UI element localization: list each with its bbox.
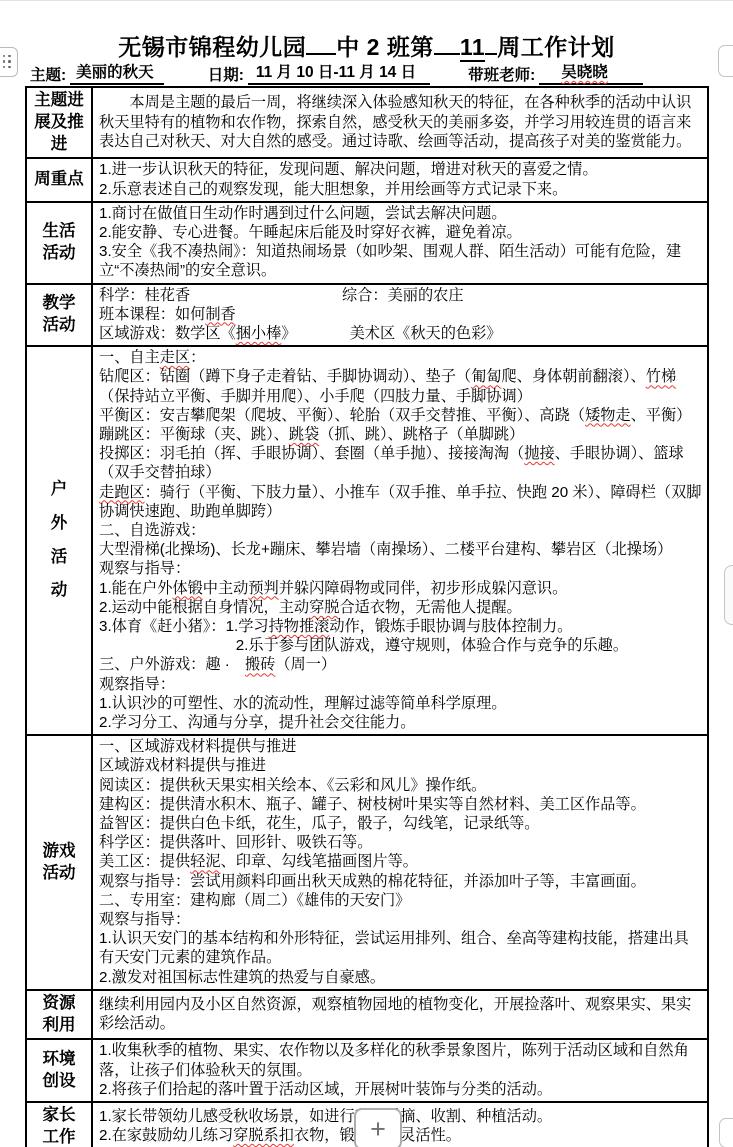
spellcheck-squiggle-text: 持物推滚 — [269, 618, 330, 635]
spellcheck-squiggle-text: 走跑区 — [99, 484, 145, 501]
text-line: 钻爬区：钻圈（蹲下身子走着钻、手脚协调动）、垫子（匍匐爬、身体朝前翻滚）、竹梯（… — [99, 367, 702, 405]
spellcheck-squiggle-text: 捆小棒 — [236, 325, 282, 342]
text-line: 观察与指导： — [99, 910, 702, 929]
text-line: 2.激发对祖国标志性建筑的热爱与自豪感。 — [99, 968, 702, 987]
text-line: 3.体育《赶小猪》：1.学习持物推滚动作，锻炼手眼协调与肢体控制力。 — [99, 617, 702, 636]
table-row: 环境创设1.收集秋季的植物、果实、农作物以及多样化的秋季景象图片，陈列于活动区域… — [26, 1039, 708, 1102]
text-line: 2.乐意表述自己的观察发现，能大胆想象，并用绘画等方式记录下来。 — [99, 180, 702, 199]
spellcheck-squiggle-text: 预判 — [248, 580, 278, 597]
text-line: 2.运动中能根据自身情况，主动穿脱合适衣物，无需他人提醒。 — [99, 598, 702, 617]
plan-table: 主题进展及推进 本周是主题的最后一周，将继续深入体验感知秋天的特征，在各种秋季的… — [25, 86, 709, 1147]
text-line: 1.能在户外体锻中主动预判并躲闪障碍物或同伴，初步形成躲闪意识。 — [99, 579, 702, 598]
date-field: 日期: 11 月 10 日-11 月 14 日 — [208, 60, 430, 85]
section-label: 环境创设 — [26, 1039, 92, 1102]
table-row: 教学活动科学：桂花香 综合：美丽的农庄班本课程：如何制香区域游戏：数学区《捆小棒… — [26, 284, 708, 347]
section-content: 一、自主走区：钻爬区：钻圈（蹲下身子走着钻、手脚协调动）、垫子（匍匐爬、身体朝前… — [92, 346, 708, 735]
spellcheck-squiggle-text: 跳袋 — [289, 426, 319, 443]
text-line: 走跑区：骑行（平衡、下肢力量）、小推车（双手推、单手拉、快跑 20 米）、障碍栏… — [99, 483, 702, 521]
teacher-field: 带班老师: 吴晓晓 — [468, 60, 643, 85]
section-label: 户外活动 — [26, 346, 92, 735]
section-label: 生活活动 — [26, 202, 92, 284]
text-line: 2.将孩子们拾起的落叶置于活动区域，开展树叶装饰与分类的活动。 — [99, 1080, 702, 1099]
text-line: 益智区：提供白色卡纸，花生，瓜子，骰子，勾线笔，记录纸等。 — [99, 814, 702, 833]
spellcheck-squiggle-text: 搬砖 — [245, 656, 275, 673]
text-line: 大型滑梯(北操场)、长龙+蹦床、攀岩墙（南操场）、二楼平台建构、攀岩区（北操场） — [99, 540, 702, 559]
spellcheck-squiggle-text: 穿脱 — [309, 599, 339, 616]
section-content: 1.进一步认识秋天的特征，发现问题、解决问题，增进对秋天的喜爱之情。2.乐意表述… — [92, 158, 708, 201]
teacher-label: 带班老师: — [468, 63, 535, 85]
text-line: 投掷区：羽毛拍（挥、手眼协调）、套圈（单手抛）、接接淘淘（抛接、手眼协调）、篮球… — [99, 444, 702, 482]
text-line: 二、专用室：建构廊（周二）《雄伟的天安门》 — [99, 891, 702, 910]
spellcheck-squiggle-text: 体锻 — [172, 580, 202, 597]
scroll-indicator[interactable] — [724, 565, 733, 625]
theme-field: 主题: 美丽的秋天 — [30, 60, 164, 85]
section-content: 1.收集秋季的植物、果实、农作物以及多样化的秋季景象图片，陈列于活动区域和自然角… — [92, 1039, 708, 1102]
top-divider — [0, 0, 733, 1]
spellcheck-squiggle-text: 匍匐 — [471, 368, 501, 385]
theme-value: 美丽的秋天 — [70, 60, 164, 85]
text-line: 区域游戏：数学区《捆小棒》 美术区《秋天的色彩》 — [99, 324, 702, 343]
text-line: 班本课程：如何制香 — [99, 305, 702, 324]
text-line: 建构区：提供清水积木、瓶子、罐子、树枝树叶果实等自然材料、美工区作品等。 — [99, 795, 702, 814]
table-row: 游戏活动一、区域游戏材料提供与推进区域游戏材料提供与推进阅读区：提供秋天果实相关… — [26, 735, 708, 990]
text-line: 1.进一步认识秋天的特征，发现问题、解决问题，增进对秋天的喜爱之情。 — [99, 160, 702, 179]
document-header: 主题: 美丽的秋天 日期: 11 月 10 日-11 月 14 日 带班老师: … — [30, 60, 720, 85]
text-line: 三、户外游戏：趣 · 搬砖（周一） — [99, 655, 702, 674]
text-line: 科学：桂花香 综合：美丽的农庄 — [99, 286, 702, 305]
section-label: 周重点 — [26, 158, 92, 201]
title-school: 无锡市锦程幼儿园 — [118, 34, 306, 60]
text-line: 观察与指导：尝试用颜料印画出秋天成熟的棉花特征，并添加叶子等，丰富画面。 — [99, 872, 702, 891]
text-line: 继续利用园内及小区自然资源，观察植物园地的植物变化，开展捡落叶、观察果实、果实彩… — [99, 995, 702, 1033]
section-content: 1.商讨在做值日生动作时遇到过什么问题，尝试去解决问题。2.能安静、专心进餐。午… — [92, 202, 708, 284]
text-line: 本周是主题的最后一周，将继续深入体验感知秋天的特征，在各种秋季的活动中认识秋天里… — [99, 93, 702, 151]
section-content: 继续利用园内及小区自然资源，观察植物园地的植物变化，开展捡落叶、观察果实、果实彩… — [92, 990, 708, 1040]
spellcheck-squiggle-text: 穿脱系扣 — [233, 1127, 294, 1144]
spellcheck-squiggle-text: 轻泥 — [190, 853, 220, 870]
table-row: 资源利用继续利用园内及小区自然资源，观察植物园地的植物变化，开展捡落叶、观察果实… — [26, 990, 708, 1040]
section-label: 资源利用 — [26, 990, 92, 1040]
date-value: 11 月 10 日-11 月 14 日 — [248, 60, 430, 85]
text-line: 一、自主走区： — [99, 348, 702, 367]
text-line: 2.学习分工、沟通与分享，提升社会交往能力。 — [99, 713, 702, 732]
text-line: 1.收集秋季的植物、果实、农作物以及多样化的秋季景象图片，陈列于活动区域和自然角… — [99, 1041, 702, 1079]
section-label: 游戏活动 — [26, 735, 92, 990]
text-line: 观察指导： — [99, 675, 702, 694]
spellcheck-squiggle-text: 矮物走 — [585, 407, 631, 424]
text-line: 区域游戏材料提供与推进 — [99, 756, 702, 775]
section-content: 科学：桂花香 综合：美丽的农庄班本课程：如何制香区域游戏：数学区《捆小棒》 美术… — [92, 284, 708, 347]
title-underline-gap — [306, 33, 336, 55]
text-line: 平衡区：安吉攀爬架（爬坡、平衡）、轮胎（双手交替推、平衡）、高跷（矮物走、平衡） — [99, 406, 702, 425]
table-row: 周重点1.进一步认识秋天的特征，发现问题、解决问题，增进对秋天的喜爱之情。2.乐… — [26, 158, 708, 201]
plan-table-body: 主题进展及推进 本周是主题的最后一周，将继续深入体验感知秋天的特征，在各种秋季的… — [26, 87, 708, 1147]
text-line: 1.认识天安门的基本结构和外形特征，尝试运用排列、组合、垒高等建构技能，搭建出具… — [99, 929, 702, 967]
table-row: 户外活动一、自主走区：钻爬区：钻圈（蹲下身子走着钻、手脚协调动）、垫子（匍匐爬、… — [26, 346, 708, 735]
spellcheck-squiggle-text: 制香 — [205, 306, 235, 323]
text-line: 美工区：提供轻泥、印章、勾线笔描画图片等。 — [99, 852, 702, 871]
text-line: 阅读区：提供秋天果实相关绘本、《云彩和风儿》操作纸。 — [99, 776, 702, 795]
title-suffix: 周工作计划 — [497, 34, 615, 60]
right-edge-bottom-button[interactable] — [719, 1118, 733, 1147]
text-line: 二、自选游戏： — [99, 521, 702, 540]
text-line: 1.商讨在做值日生动作时遇到过什么问题，尝试去解决问题。 — [99, 204, 702, 223]
text-line: 蹦跳区：平衡球（夹、跳）、跳袋（抓、跳）、跳格子（单脚跳） — [99, 425, 702, 444]
text-line: 1.认识沙的可塑性、水的流动性，理解过滤等简单科学原理。 — [99, 694, 702, 713]
spellcheck-squiggle-text: 走区 — [160, 349, 190, 366]
add-page-button[interactable]: + — [354, 1108, 402, 1147]
section-label: 家长工作 — [26, 1102, 92, 1147]
teacher-value: 吴晓晓 — [539, 60, 643, 85]
teacher-name: 吴晓晓 — [561, 64, 608, 81]
spellcheck-squiggle-text: 抛接 — [524, 445, 554, 462]
text-line: 一、区域游戏材料提供与推进 — [99, 737, 702, 756]
theme-label: 主题: — [30, 63, 66, 85]
date-label: 日期: — [208, 63, 244, 85]
title-underline-gap — [485, 33, 497, 55]
plus-icon: + — [370, 1116, 386, 1143]
section-content: 本周是主题的最后一周，将继续深入体验感知秋天的特征，在各种秋季的活动中认识秋天里… — [92, 87, 708, 158]
title-week-number: 11 — [460, 34, 485, 62]
text-line: 2.乐于参与团队游戏，遵守规则，体验合作与竞争的乐趣。 — [99, 636, 702, 655]
section-label: 教学活动 — [26, 284, 92, 347]
spellcheck-squiggle-text: 竹梯 — [646, 368, 676, 385]
section-label: 主题进展及推进 — [26, 87, 92, 158]
page-title: 无锡市锦程幼儿园中 2 班第11周工作计划 — [0, 29, 733, 62]
title-underline-gap — [434, 33, 460, 55]
document-canvas: 无锡市锦程幼儿园中 2 班第11周工作计划 主题: 美丽的秋天 日期: 11 月… — [0, 0, 733, 1147]
text-line: 观察与指导： — [99, 559, 702, 578]
table-row: 主题进展及推进 本周是主题的最后一周，将继续深入体验感知秋天的特征，在各种秋季的… — [26, 87, 708, 158]
text-line: 科学区：提供落叶、回形针、吸铁石等。 — [99, 833, 702, 852]
title-class: 中 2 班第 — [336, 34, 434, 60]
table-row: 生活活动1.商讨在做值日生动作时遇到过什么问题，尝试去解决问题。2.能安静、专心… — [26, 202, 708, 284]
text-line: 2.能安静、专心进餐。午睡起床后能及时穿好衣裤，避免着凉。 — [99, 223, 702, 242]
section-content: 一、区域游戏材料提供与推进区域游戏材料提供与推进阅读区：提供秋天果实相关绘本、《… — [92, 735, 708, 990]
text-line: 3.安全《我不凑热闹》：知道热闹场景（如吵架、围观人群、陌生活动）可能有危险，建… — [99, 242, 702, 280]
